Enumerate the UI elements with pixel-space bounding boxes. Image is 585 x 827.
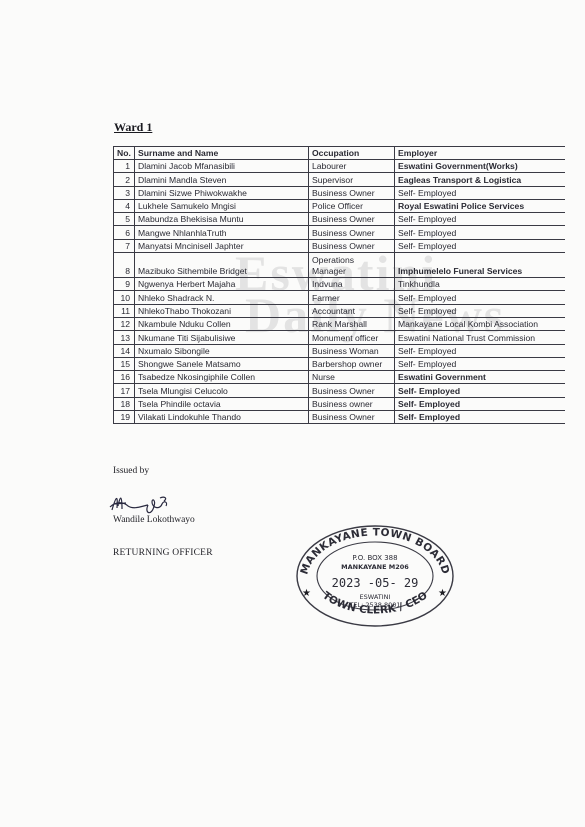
cell-occupation: Business Owner bbox=[309, 226, 395, 239]
cell-occupation: Monument officer bbox=[309, 331, 395, 344]
cell-employer: Royal Eswatini Police Services bbox=[395, 199, 565, 212]
cell-name: Shongwe Sanele Matsamo bbox=[135, 357, 309, 370]
cell-name: Dlamini Sizwe Phiwokwakhe bbox=[135, 186, 309, 199]
candidates-table: No. Surname and Name Occupation Employer… bbox=[113, 146, 565, 424]
cell-name: Ngwenya Herbert Majaha bbox=[135, 278, 309, 291]
cell-no: 17 bbox=[114, 384, 135, 397]
header-name: Surname and Name bbox=[135, 147, 309, 160]
table-row: 8Mazibuko Sithembile BridgetOperationsMa… bbox=[114, 253, 565, 278]
table-row: 5Mabundza Bhekisisa MuntuBusiness OwnerS… bbox=[114, 213, 565, 226]
table-row: 18Tsela Phindile octaviaBusiness ownerSe… bbox=[114, 397, 565, 410]
table-row: 11NhlekoThabo ThokozaniAccountantSelf- E… bbox=[114, 304, 565, 317]
table-row: 6Mangwe NhlanhlaTruthBusiness OwnerSelf-… bbox=[114, 226, 565, 239]
table-row: 17Tsela Mlungisi CelucoloBusiness OwnerS… bbox=[114, 384, 565, 397]
cell-no: 18 bbox=[114, 397, 135, 410]
cell-employer: Mankayane Local Kombi Association bbox=[395, 317, 565, 330]
document-page: Eswatini Daily News Ward 1 No. Surname a… bbox=[0, 0, 585, 827]
cell-no: 6 bbox=[114, 226, 135, 239]
cell-name: Dlamini Jacob Mfanasibili bbox=[135, 160, 309, 173]
cell-employer: Self- Employed bbox=[395, 411, 565, 424]
table-row: 19Vilakati Lindokuhle ThandoBusiness Own… bbox=[114, 411, 565, 424]
cell-occupation: Business Woman bbox=[309, 344, 395, 357]
header-no: No. bbox=[114, 147, 135, 160]
cell-employer: Tinkhundla bbox=[395, 278, 565, 291]
stamp-po-box: P.O. BOX 388 bbox=[290, 554, 460, 562]
cell-name: Nkumane Titi Sijabulisiwe bbox=[135, 331, 309, 344]
table-row: 16Tsabedze Nkosingiphile CollenNurseEswa… bbox=[114, 371, 565, 384]
signer-role: RETURNING OFFICER bbox=[113, 548, 213, 558]
cell-name: Tsabedze Nkosingiphile Collen bbox=[135, 371, 309, 384]
star-icon: ★ bbox=[302, 588, 311, 599]
cell-name: Lukhele Samukelo Mngisi bbox=[135, 199, 309, 212]
ward-title: Ward 1 bbox=[114, 120, 152, 135]
cell-occupation: Business Owner bbox=[309, 213, 395, 226]
table-row: 2Dlamini Mandla StevenSupervisorEagleas … bbox=[114, 173, 565, 186]
cell-employer: Self- Employed bbox=[395, 186, 565, 199]
cell-employer: Eswatini National Trust Commission bbox=[395, 331, 565, 344]
cell-no: 14 bbox=[114, 344, 135, 357]
cell-name: Mazibuko Sithembile Bridget bbox=[135, 253, 309, 278]
cell-employer: Self- Employed bbox=[395, 213, 565, 226]
table-row: 12Nkambule Nduku CollenRank MarshallMank… bbox=[114, 317, 565, 330]
cell-name: Tsela Mlungisi Celucolo bbox=[135, 384, 309, 397]
signer-name: Wandile Lokothwayo bbox=[113, 515, 195, 525]
table-row: 4Lukhele Samukelo MngisiPolice OfficerRo… bbox=[114, 199, 565, 212]
cell-no: 19 bbox=[114, 411, 135, 424]
cell-employer: Self- Employed bbox=[395, 239, 565, 252]
cell-employer: Self- Employed bbox=[395, 304, 565, 317]
cell-occupation: Farmer bbox=[309, 291, 395, 304]
official-stamp: MANKAYANE TOWN BOARD TOWN CLERK / CEO P.… bbox=[290, 510, 460, 630]
cell-employer: Eswatini Government(Works) bbox=[395, 160, 565, 173]
cell-no: 2 bbox=[114, 173, 135, 186]
cell-employer: Self- Employed bbox=[395, 291, 565, 304]
cell-occupation: Police Officer bbox=[309, 199, 395, 212]
stamp-date: 2023 -05- 29 bbox=[290, 576, 460, 590]
table-row: 3Dlamini Sizwe PhiwokwakheBusiness Owner… bbox=[114, 186, 565, 199]
cell-occupation: Nurse bbox=[309, 371, 395, 384]
cell-occupation: Rank Marshall bbox=[309, 317, 395, 330]
cell-occupation: Supervisor bbox=[309, 173, 395, 186]
cell-no: 16 bbox=[114, 371, 135, 384]
cell-employer: Self- Employed bbox=[395, 344, 565, 357]
cell-no: 3 bbox=[114, 186, 135, 199]
cell-no: 1 bbox=[114, 160, 135, 173]
table-row: 7Manyatsi Mncinisell JaphterBusiness Own… bbox=[114, 239, 565, 252]
cell-no: 7 bbox=[114, 239, 135, 252]
cell-name: Tsela Phindile octavia bbox=[135, 397, 309, 410]
cell-occupation: Business Owner bbox=[309, 186, 395, 199]
cell-name: Nxumalo Sibongile bbox=[135, 344, 309, 357]
table-row: 1Dlamini Jacob MfanasibiliLabourerEswati… bbox=[114, 160, 565, 173]
cell-employer: Imphumelelo Funeral Services bbox=[395, 253, 565, 278]
star-icon: ★ bbox=[438, 588, 447, 599]
cell-occupation: Business Owner bbox=[309, 411, 395, 424]
cell-name: Nhleko Shadrack N. bbox=[135, 291, 309, 304]
stamp-town: MANKAYANE M206 bbox=[290, 563, 460, 571]
cell-occupation: Business Owner bbox=[309, 239, 395, 252]
cell-name: NhlekoThabo Thokozani bbox=[135, 304, 309, 317]
stamp-country: ESWATINI bbox=[290, 593, 460, 601]
cell-employer: Eagleas Transport & Logistica bbox=[395, 173, 565, 186]
occupation-line-1: Operations bbox=[312, 255, 391, 266]
table-row: 10Nhleko Shadrack N.FarmerSelf- Employed bbox=[114, 291, 565, 304]
table-row: 9Ngwenya Herbert MajahaIndvunaTinkhundla bbox=[114, 278, 565, 291]
cell-no: 11 bbox=[114, 304, 135, 317]
cell-no: 10 bbox=[114, 291, 135, 304]
cell-occupation: Barbershop owner bbox=[309, 357, 395, 370]
cell-name: Dlamini Mandla Steven bbox=[135, 173, 309, 186]
cell-employer: Self- Employed bbox=[395, 397, 565, 410]
table-row: 15Shongwe Sanele MatsamoBarbershop owner… bbox=[114, 357, 565, 370]
cell-no: 15 bbox=[114, 357, 135, 370]
table-row: 13Nkumane Titi SijabulisiweMonument offi… bbox=[114, 331, 565, 344]
cell-occupation: Business owner bbox=[309, 397, 395, 410]
cell-occupation: Business Owner bbox=[309, 384, 395, 397]
cell-no: 9 bbox=[114, 278, 135, 291]
table-header-row: No. Surname and Name Occupation Employer bbox=[114, 147, 565, 160]
cell-no: 8 bbox=[114, 253, 135, 278]
cell-employer: Self- Employed bbox=[395, 357, 565, 370]
issued-by-label: Issued by bbox=[113, 466, 149, 476]
cell-name: Nkambule Nduku Collen bbox=[135, 317, 309, 330]
stamp-tel: TEL: 2538 8001 bbox=[290, 601, 460, 609]
cell-no: 4 bbox=[114, 199, 135, 212]
cell-employer: Self- Employed bbox=[395, 226, 565, 239]
cell-employer: Eswatini Government bbox=[395, 371, 565, 384]
header-employer: Employer bbox=[395, 147, 565, 160]
cell-name: Manyatsi Mncinisell Japhter bbox=[135, 239, 309, 252]
cell-no: 5 bbox=[114, 213, 135, 226]
cell-name: Mabundza Bhekisisa Muntu bbox=[135, 213, 309, 226]
cell-name: Vilakati Lindokuhle Thando bbox=[135, 411, 309, 424]
table-row: 14Nxumalo SibongileBusiness WomanSelf- E… bbox=[114, 344, 565, 357]
cell-occupation: Labourer bbox=[309, 160, 395, 173]
cell-occupation: Indvuna bbox=[309, 278, 395, 291]
cell-no: 13 bbox=[114, 331, 135, 344]
cell-no: 12 bbox=[114, 317, 135, 330]
occupation-line-2: Manager bbox=[312, 266, 391, 277]
cell-name: Mangwe NhlanhlaTruth bbox=[135, 226, 309, 239]
header-occupation: Occupation bbox=[309, 147, 395, 160]
cell-occupation: OperationsManager bbox=[309, 253, 395, 278]
cell-employer: Self- Employed bbox=[395, 384, 565, 397]
cell-occupation: Accountant bbox=[309, 304, 395, 317]
